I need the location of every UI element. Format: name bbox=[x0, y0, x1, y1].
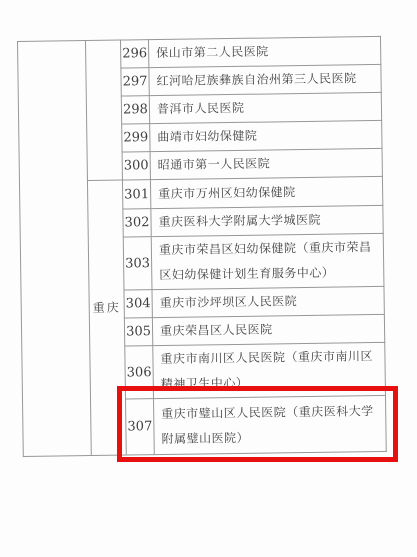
hospital-name: 重庆荣昌区人民医院 bbox=[152, 314, 384, 345]
blank-column-cell bbox=[18, 41, 92, 457]
row-number: 304 bbox=[124, 290, 152, 318]
row-number: 297 bbox=[121, 68, 149, 96]
hospital-name: 普洱市人民医院 bbox=[149, 92, 381, 123]
row-number: 302 bbox=[123, 209, 151, 237]
hospital-name: 重庆医科大学附属大学城医院 bbox=[151, 205, 383, 236]
hospital-name: 保山市第二人民医院 bbox=[148, 36, 380, 67]
row-number: 301 bbox=[122, 180, 150, 209]
region-cell-empty bbox=[86, 40, 123, 180]
row-number: 296 bbox=[120, 40, 148, 68]
hospital-name: 昭通市第一人民医院 bbox=[150, 148, 382, 179]
document-page: 296 保山市第二人民医院 297 红河哈尼族彝族自治州第三人民医院 298 普… bbox=[0, 0, 417, 557]
row-number: 298 bbox=[121, 96, 149, 124]
row-number: 305 bbox=[124, 318, 152, 346]
hospital-name: 重庆市万州区妇幼保健院 bbox=[150, 176, 382, 208]
hospital-name: 红河哈尼族彝族自治州第三人民医院 bbox=[149, 64, 381, 95]
row-number: 300 bbox=[122, 152, 150, 180]
highlight-box bbox=[117, 386, 398, 462]
hospital-name: 重庆市荣昌区妇幼保健院（重庆市荣昌区妇幼保健计划生育服务中心） bbox=[151, 233, 384, 289]
row-number: 299 bbox=[122, 124, 150, 152]
hospital-name: 重庆市沙坪坝区人民医院 bbox=[152, 286, 384, 317]
hospital-name: 曲靖市妇幼保健院 bbox=[150, 120, 382, 151]
row-number: 303 bbox=[123, 237, 152, 290]
